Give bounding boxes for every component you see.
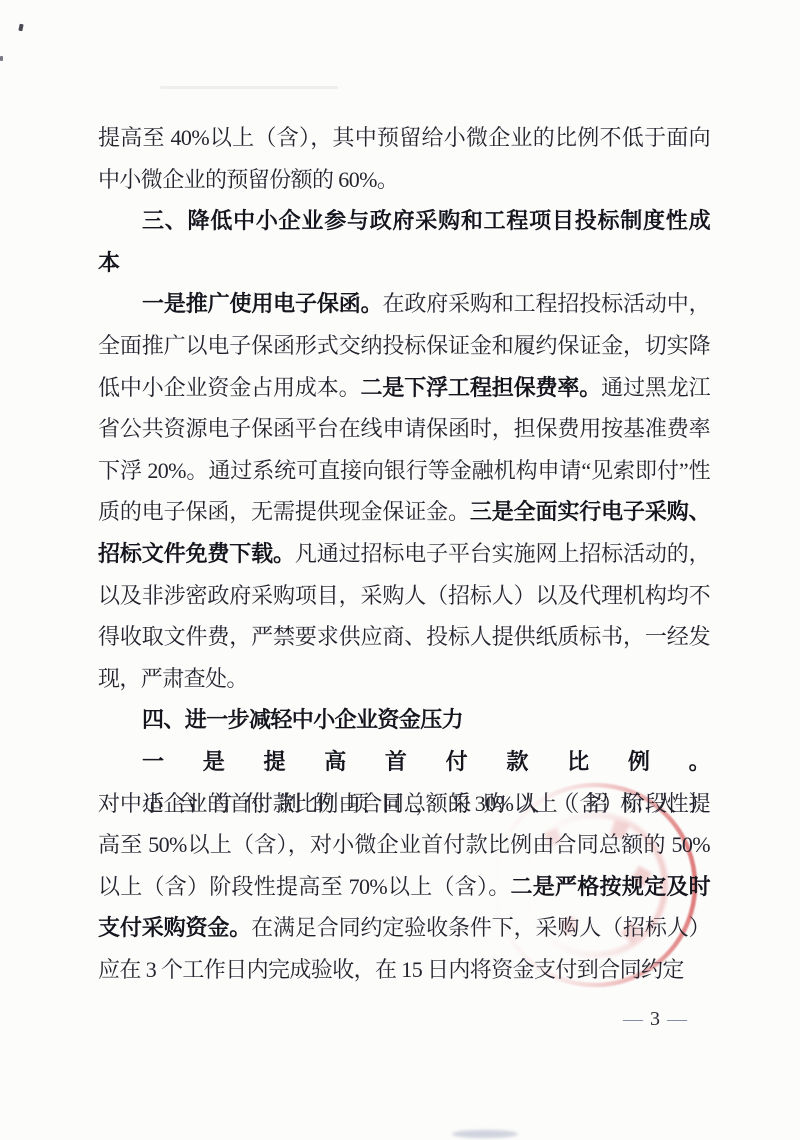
page-number-dash: — — [616, 1008, 650, 1030]
emphasis-text: 一是提高首付款比例。 — [142, 749, 710, 774]
document-line: 招标文件免费下载。凡通过招标电子平台实施网上招标活动的， — [98, 533, 710, 575]
scan-streak — [160, 86, 338, 89]
emphasis-text: 一是推广使用电子保函。 — [142, 291, 383, 316]
document-body: 提高至 40%以上（含），其中预留给小微企业的比例不低于面向中小微企业的预留份额… — [98, 117, 710, 990]
body-text: 得收取文件费，严禁要求供应商、投标人提供纸质标书，一经发 — [98, 624, 710, 649]
scan-speck — [18, 24, 23, 32]
document-line: 全面推广以电子保函形式交纳投标保证金和履约保证金，切实降 — [98, 325, 710, 367]
document-line: 质的电子保函，无需提供现金保证金。三是全面实行电子采购、 — [98, 491, 710, 533]
body-text: 应在 3 个工作日内完成验收，在 15 日内将资金支付到合同约定 — [98, 957, 684, 982]
document-line: 一是提高首付款比例。适合首付制的项目，采购人（招标人） — [98, 741, 710, 783]
page-number: —3— — [600, 1004, 710, 1034]
body-text: 对中小企业的首付款比例由合同总额的 30%以上（含）阶段性提 — [98, 791, 710, 816]
document-line: 四、进一步减轻中小企业资金压力 — [98, 699, 710, 741]
document-line: 三、降低中小企业参与政府采购和工程项目投标制度性成 — [98, 200, 710, 242]
emphasis-text: 三是全面实行电子采购、 — [470, 499, 710, 524]
body-text: 全面推广以电子保函形式交纳投标保证金和履约保证金，切实降 — [98, 333, 710, 358]
scan-speck — [0, 56, 3, 61]
body-text: 凡通过招标电子平台实施网上招标活动的， — [295, 541, 710, 566]
document-line: 提高至 40%以上（含），其中预留给小微企业的比例不低于面向 — [98, 117, 710, 159]
emphasis-text: 二是下浮工程担保费率。 — [360, 375, 601, 400]
scan-smudge — [452, 1130, 518, 1138]
document-line: 支付采购资金。在满足合同约定验收条件下，采购人（招标人） — [98, 907, 710, 949]
body-text: 省公共资源电子保函平台在线申请保函时，担保费用按基准费率 — [98, 416, 710, 441]
emphasis-text: 二是严格按规定及时 — [511, 874, 710, 899]
document-line: 下浮 20%。通过系统可直接向银行等金融机构申请“见索即付”性 — [98, 450, 710, 492]
body-text: 通过黑龙江 — [601, 375, 710, 400]
document-line: 一是推广使用电子保函。在政府采购和工程招投标活动中， — [98, 283, 710, 325]
document-line: 应在 3 个工作日内完成验收，在 15 日内将资金支付到合同约定 — [98, 949, 710, 991]
body-text: 提高至 40%以上（含），其中预留给小微企业的比例不低于面向 — [98, 125, 710, 150]
body-text: 低中小企业资金占用成本。 — [98, 375, 360, 400]
body-text: 高至 50%以上（含），对小微企业首付款比例由合同总额的 50% — [98, 832, 710, 857]
body-text: 在满足合同约定验收条件下，采购人（招标人） — [251, 915, 710, 940]
emphasis-text: 四、进一步减轻中小企业资金压力 — [142, 707, 463, 732]
document-line: 以上（含）阶段性提高至 70%以上（含）。二是严格按规定及时 — [98, 866, 710, 908]
document-line: 得收取文件费，严禁要求供应商、投标人提供纸质标书，一经发 — [98, 616, 710, 658]
document-line: 以及非涉密政府采购项目，采购人（招标人）以及代理机构均不 — [98, 575, 710, 617]
emphasis-text: 支付采购资金。 — [98, 915, 251, 940]
page-number-dash: — — [660, 1008, 694, 1030]
document-line: 对中小企业的首付款比例由合同总额的 30%以上（含）阶段性提 — [98, 783, 710, 825]
body-text: 中小微企业的预留份额的 60%。 — [98, 167, 398, 192]
body-text: 质的电子保函，无需提供现金保证金。 — [98, 499, 470, 524]
body-text: 在政府采购和工程招投标活动中， — [383, 291, 711, 316]
body-text: 下浮 20%。通过系统可直接向银行等金融机构申请“见索即付”性 — [98, 458, 710, 483]
emphasis-text: 三、降低中小企业参与政府采购和工程项目投标制度性成 — [142, 208, 710, 233]
document-line: 中小微企业的预留份额的 60%。 — [98, 159, 710, 201]
emphasis-text: 招标文件免费下载。 — [98, 541, 295, 566]
body-text: 现，严肃查处。 — [98, 666, 248, 691]
document-line: 高至 50%以上（含），对小微企业首付款比例由合同总额的 50% — [98, 824, 710, 866]
page-number-value: 3 — [650, 1008, 660, 1030]
document-line: 省公共资源电子保函平台在线申请保函时，担保费用按基准费率 — [98, 408, 710, 450]
body-text: 以及非涉密政府采购项目，采购人（招标人）以及代理机构均不 — [98, 583, 710, 608]
document-line: 现，严肃查处。 — [98, 658, 710, 700]
document-line: 低中小企业资金占用成本。二是下浮工程担保费率。通过黑龙江 — [98, 367, 710, 409]
body-text: 以上（含）阶段性提高至 70%以上（含）。 — [98, 874, 511, 899]
document-line: 本 — [98, 242, 710, 284]
emphasis-text: 本 — [98, 250, 119, 275]
